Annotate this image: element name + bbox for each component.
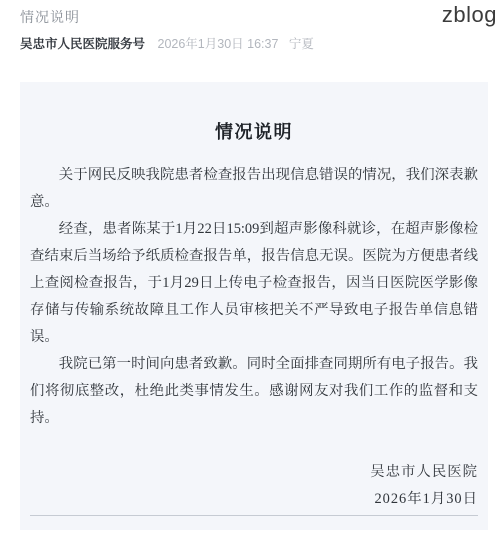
signature-date: 2026年1月30日 <box>30 486 478 513</box>
account-name-link[interactable]: 吴忠市人民医院服务号 <box>20 37 145 51</box>
signature-org: 吴忠市人民医院 <box>30 459 478 486</box>
statement-title: 情况说明 <box>30 122 478 142</box>
page: 情况说明 zblog 吴忠市人民医院服务号 2026年1月30日 16:37 宁… <box>0 0 500 539</box>
signature-block: 吴忠市人民医院 2026年1月30日 <box>30 459 478 513</box>
statement-body: 关于网民反映我院患者检查报告出现信息错误的情况，我们深表歉意。经查，患者陈某于1… <box>30 162 478 432</box>
statement-paragraph: 我院已第一时间向患者致歉。同时全面排查同期所有电子报告。我们将彻底整改，杜绝此类… <box>30 351 478 432</box>
account-row: 吴忠市人民医院服务号 2026年1月30日 16:37 宁夏 <box>20 36 314 53</box>
statement-card: 情况说明 关于网民反映我院患者检查报告出现信息错误的情况，我们深表歉意。经查，患… <box>20 82 488 530</box>
statement-paragraph: 关于网民反映我院患者检查报告出现信息错误的情况，我们深表歉意。 <box>30 162 478 216</box>
post-timestamp: 2026年1月30日 16:37 <box>158 37 279 51</box>
bottom-divider <box>30 515 478 516</box>
watermark-zblog: zblog <box>442 2 497 28</box>
post-location: 宁夏 <box>289 37 314 51</box>
post-title: 情况说明 <box>20 8 80 26</box>
statement-paragraph: 经查，患者陈某于1月22日15:09到超声影像科就诊，在超声影像检查结束后当场给… <box>30 216 478 351</box>
